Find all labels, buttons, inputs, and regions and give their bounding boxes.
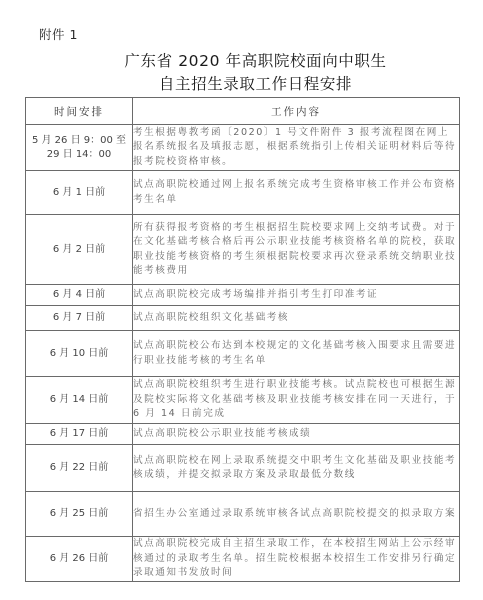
row-time: 6 月 7 日前: [26, 306, 133, 331]
table-row: 6 月 14 日前 试点高职院校组织考生进行职业技能考核。试点院校也可根据生源及…: [26, 377, 460, 424]
row-time: 6 月 10 日前: [26, 331, 133, 377]
row-content: 考生根据粤教考函〔2020〕1 号文件附件 3 报考流程图在网上报名系统报名及填…: [133, 125, 460, 171]
schedule-table-body: 5 月 26 日 9：00 至 29 日 14：00 考生根据粤教考函〔2020…: [26, 125, 460, 582]
document-title-line-1: 广东省 2020 年高职院校面向中职生: [14, 51, 483, 71]
row-time: 6 月 22 日前: [26, 445, 133, 492]
row-content: 试点高职院校通过网上报名系统完成考生资格审核工作并公布资格考生名单: [133, 171, 460, 215]
row-content: 试点高职院校组织文化基础考核: [133, 306, 460, 331]
row-content: 所有获得报考资格的考生根据招生院校要求网上交纳考试费。对于在文化基础考核合格后再…: [133, 215, 460, 285]
table-row: 5 月 26 日 9：00 至 29 日 14：00 考生根据粤教考函〔2020…: [26, 125, 460, 171]
row-time: 6 月 17 日前: [26, 424, 133, 445]
table-row: 6 月 7 日前 试点高职院校组织文化基础考核: [26, 306, 460, 331]
table-row: 6 月 25 日前 省招生办公室通过录取系统审核各试点高职院校提交的拟录取方案: [26, 492, 460, 537]
row-content: 试点高职院校公布达到本校规定的文化基础考核入围要求且需要进行职业技能考核的考生名…: [133, 331, 460, 377]
row-time: 6 月 1 日前: [26, 171, 133, 215]
row-content: 试点高职院校完成自主招生录取工作，在本校招生网站上公示经审核通过的录取考生名单。…: [133, 537, 460, 582]
row-content: 试点高职院校组织考生进行职业技能考核。试点院校也可根据生源及院校实际将文化基础考…: [133, 377, 460, 424]
document-title-line-2: 自主招生录取工作日程安排: [14, 74, 483, 94]
row-time: 6 月 25 日前: [26, 492, 133, 537]
row-time: 6 月 26 日前: [26, 537, 133, 582]
table-row: 6 月 10 日前 试点高职院校公布达到本校规定的文化基础考核入围要求且需要进行…: [26, 331, 460, 377]
table-header-row: 时间安排 工作内容: [26, 98, 460, 125]
table-row: 6 月 4 日前 试点高职院校完成考场编排并指引考生打印准考证: [26, 285, 460, 306]
table-row: 6 月 22 日前 试点高职院校在网上录取系统提交中职考生文化基础及职业技能考核…: [26, 445, 460, 492]
row-content: 试点高职院校完成考场编排并指引考生打印准考证: [133, 285, 460, 306]
row-content: 试点高职院校在网上录取系统提交中职考生文化基础及职业技能考核成绩，并提交拟录取方…: [133, 445, 460, 492]
column-header-time: 时间安排: [26, 98, 133, 125]
row-time: 6 月 2 日前: [26, 215, 133, 285]
row-time: 6 月 4 日前: [26, 285, 133, 306]
table-row: 6 月 26 日前 试点高职院校完成自主招生录取工作，在本校招生网站上公示经审核…: [26, 537, 460, 582]
schedule-table: 时间安排 工作内容 5 月 26 日 9：00 至 29 日 14：00 考生根…: [25, 97, 460, 582]
row-content: 试点高职院校公示职业技能考核成绩: [133, 424, 460, 445]
attachment-label: 附件 1: [39, 25, 78, 43]
table-row: 6 月 2 日前 所有获得报考资格的考生根据招生院校要求网上交纳考试费。对于在文…: [26, 215, 460, 285]
column-header-content: 工作内容: [133, 98, 460, 125]
table-row: 6 月 17 日前 试点高职院校公示职业技能考核成绩: [26, 424, 460, 445]
table-row: 6 月 1 日前 试点高职院校通过网上报名系统完成考生资格审核工作并公布资格考生…: [26, 171, 460, 215]
row-time: 5 月 26 日 9：00 至 29 日 14：00: [26, 125, 133, 171]
row-content: 省招生办公室通过录取系统审核各试点高职院校提交的拟录取方案: [133, 492, 460, 537]
row-time: 6 月 14 日前: [26, 377, 133, 424]
